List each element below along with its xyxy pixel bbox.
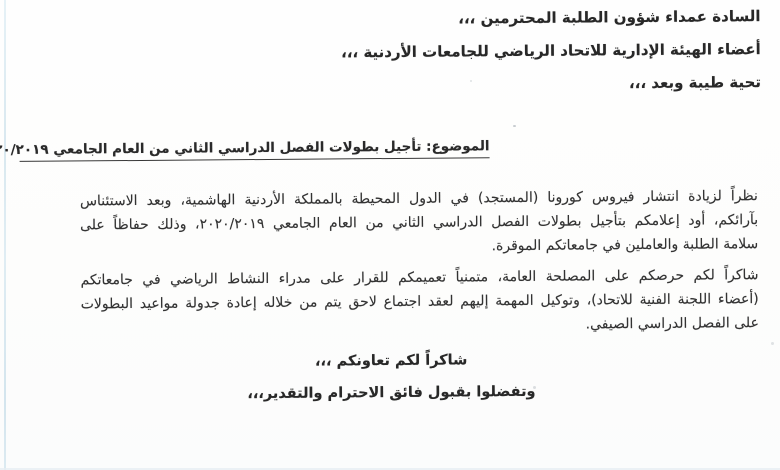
closing-thanks-line: شاكراً لكم تعاونكم ،،، xyxy=(1,346,780,376)
body-paragraph-2: شاكراً لكم حرصكم على المصلحة العامة، متم… xyxy=(80,263,759,340)
scanned-letter-page: السادة عمداء شؤون الطلبة المحترمين ،،، أ… xyxy=(0,0,780,470)
body-paragraph-1: نظراً لزيادة انتشار فيروس كورونا (المستج… xyxy=(80,184,759,261)
letter-content: السادة عمداء شؤون الطلبة المحترمين ،،، أ… xyxy=(0,0,780,470)
greeting-line: تحية طيبة وبعد ،،، xyxy=(0,66,761,105)
recipients-block: السادة عمداء شؤون الطلبة المحترمين ،،، أ… xyxy=(0,0,779,105)
subject-line: الموضوع: تأجيل بطولات الفصل الدراسي الثا… xyxy=(19,138,489,162)
closing-respect-line: وتفضلوا بقبول فائق الاحترام والتقدير،،، xyxy=(1,378,780,408)
